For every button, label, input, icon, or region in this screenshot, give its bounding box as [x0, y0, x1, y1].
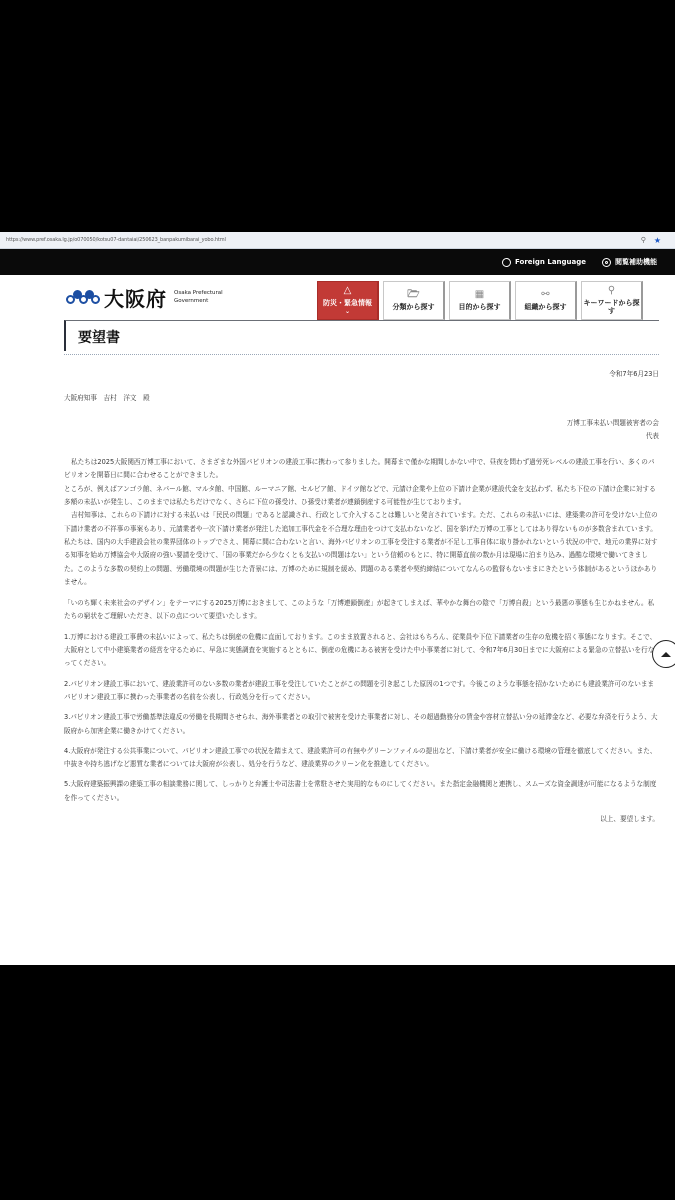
grid-search-icon: ▦ [475, 290, 484, 300]
scroll-to-top-button[interactable] [652, 640, 675, 668]
accessibility-link[interactable]: 閲覧補助機能 [602, 257, 657, 267]
addressee: 大阪府知事 吉村 洋文 殿 [64, 392, 659, 405]
nav-by-organization[interactable]: ⚯ 組織から探す [515, 281, 577, 320]
osaka-emblem-icon [66, 289, 100, 307]
gear-icon [602, 258, 611, 267]
sender-role: 代表 [64, 430, 659, 443]
chevron-up-icon [661, 652, 671, 657]
divider [64, 354, 659, 355]
folder-search-icon: 🗁 [407, 290, 419, 300]
intro-paragraph: 私たちは2025大阪関西万博工事において、さまざまな外国パビリオンの建設工事に携… [64, 456, 659, 483]
main-content: 要望書 令和7年6月23日 大阪府知事 吉村 洋文 殿 万博工事未払い問題被害者… [64, 320, 659, 826]
request-item: 4.大阪府が発注する公共事業について、パビリオン建設工事での状況を踏まえて、建設… [64, 745, 659, 772]
sender-org: 万博工事未払い問題被害者の会 [64, 417, 659, 430]
nav-by-keyword[interactable]: ⚲ キーワードから探す [581, 281, 643, 320]
request-item: 3.パビリオン建設工事で労働基準法違反の労働を長期間させられ、海外事業者との取引… [64, 711, 659, 738]
foreign-language-label: Foreign Language [515, 258, 586, 266]
document-date: 令和7年6月23日 [64, 368, 659, 381]
nav-by-category[interactable]: 🗁 分類から探す [383, 281, 445, 320]
magnifier-icon[interactable]: ⚲ [641, 236, 646, 244]
intro-paragraph: ところが、例えばアンゴラ館、ネパール館、マルタ館、中国館、ルーマニア館、セルビア… [64, 483, 659, 510]
nav-disaster-emergency[interactable]: △ 防災・緊急情報 ⌄ [317, 281, 379, 320]
intro-paragraph: 吉村知事は、これらの下請けに対する未払いは「民民の問題」であると認識され、行政と… [64, 509, 659, 589]
logo-japanese: 大阪府 [104, 283, 167, 312]
logo-english: Osaka Prefectural Government [174, 290, 223, 305]
chevron-down-icon: ⌄ [345, 309, 350, 315]
site-logo[interactable]: 大阪府 Osaka Prefectural Government [66, 283, 223, 312]
utility-bar: Foreign Language 閲覧補助機能 [0, 249, 675, 275]
request-item: 2.パビリオン建設工事において、建設業許可のない多数の業者が建設工事を受注してい… [64, 678, 659, 705]
star-icon[interactable]: ★ [654, 236, 661, 245]
page-title-bar: 要望書 [64, 320, 659, 351]
org-chart-icon: ⚯ [541, 290, 549, 300]
address-bar[interactable]: https://www.pref.osaka.lg.jp/o070050/kot… [0, 232, 675, 249]
warning-icon: △ [344, 286, 352, 296]
page-title: 要望書 [78, 330, 120, 346]
foreign-language-link[interactable]: Foreign Language [502, 258, 586, 267]
request-item: 5.大阪府建築振興課の建築工事の相談業務に関して、しっかりと弁護士や司法書士を常… [64, 778, 659, 805]
accessibility-label: 閲覧補助機能 [615, 257, 657, 267]
search-icon: ⚲ [608, 286, 615, 296]
browser-screen: https://www.pref.osaka.lg.jp/o070050/kot… [0, 232, 675, 965]
closing-text: 以上、要望します。 [64, 813, 659, 826]
main-nav: △ 防災・緊急情報 ⌄ 🗁 分類から探す ▦ 目的から探す ⚯ 組織から探す ⚲… [317, 281, 643, 320]
globe-icon [502, 258, 511, 267]
intro-section: 私たちは2025大阪関西万博工事において、さまざまな外国パビリオンの建設工事に携… [64, 456, 659, 589]
url-text[interactable]: https://www.pref.osaka.lg.jp/o070050/kot… [6, 237, 641, 243]
request-item: 1.万博における建設工事費の未払いによって、私たちは倒産の危機に直面しております… [64, 631, 659, 671]
document-body: 令和7年6月23日 大阪府知事 吉村 洋文 殿 万博工事未払い問題被害者の会 代… [64, 368, 659, 826]
nav-by-purpose[interactable]: ▦ 目的から探す [449, 281, 511, 320]
concern-paragraph: 「いのち輝く未来社会のデザイン」をテーマにする2025万博におきまして、このよう… [64, 597, 659, 624]
